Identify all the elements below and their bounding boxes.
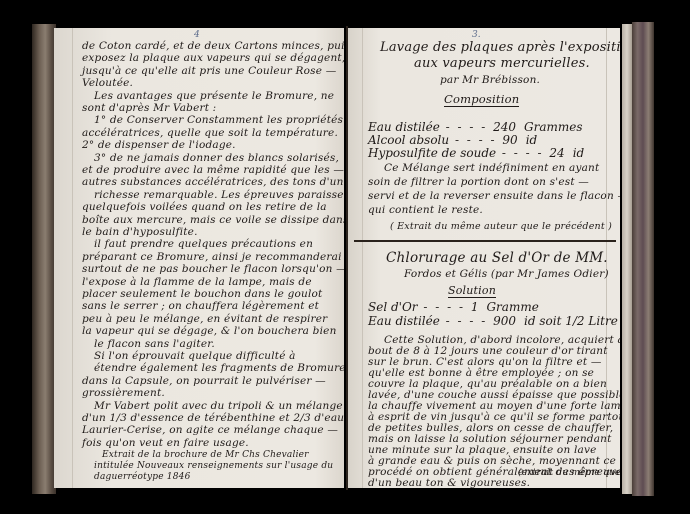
text-line: Si l'on éprouvait quelque difficulté à xyxy=(94,350,296,362)
ingredient-qty: 90 xyxy=(502,133,517,147)
text-line: préparant ce Bromure, ainsi je recommand… xyxy=(82,251,342,263)
right-cover-edge xyxy=(632,22,654,496)
leader-dots: - - - - xyxy=(418,300,471,314)
text-line: la vapeur qui se dégage, & l'on bouchera… xyxy=(82,325,337,337)
ingredient-row: Hyposulfite de soude - - - - 24id xyxy=(368,146,584,160)
text-line: Les avantages que présente le Bromure, n… xyxy=(94,90,334,102)
text-line: exposez la plaque aux vapeurs qui se dég… xyxy=(82,52,344,64)
open-notebook: 4 de Coton cardé, et de deux Cartons min… xyxy=(30,20,660,498)
text-line: soin de filtrer la portion dont on s'est… xyxy=(368,176,589,188)
ingredient-name: Eau distilée xyxy=(368,314,440,328)
text-line: de Coton cardé, et de deux Cartons mince… xyxy=(82,40,344,52)
text-line: fois qu'on veut en faire usage. xyxy=(82,437,249,449)
ingredient-unit: Gramme xyxy=(486,300,538,314)
citation-line: intitulée Nouveaux renseignements sur l'… xyxy=(94,461,333,471)
text-line: étendre également les fragments de Bromu… xyxy=(94,362,344,374)
ingredient-row: Alcool absolu - - - - 90id xyxy=(368,133,537,147)
text-line: grossièrement. xyxy=(82,387,165,399)
text-line: Mr Vabert polit avec du tripoli & un mél… xyxy=(94,400,343,412)
section1-subheading: Composition xyxy=(444,92,519,107)
ingredient-unit: id soit 1/2 Litre xyxy=(524,314,618,328)
leader-dots: - - - - xyxy=(440,314,493,328)
left-page: 4 de Coton cardé, et de deux Cartons min… xyxy=(54,28,344,488)
right-page: 3. Lavage des plaques après l'exposition… xyxy=(348,28,620,488)
text-line: Veloutée. xyxy=(82,77,133,89)
section-divider xyxy=(354,240,616,242)
text-line: servi et de la reverser ensuite dans le … xyxy=(368,190,620,202)
text-line: 2° de dispenser de l'iodage. xyxy=(82,139,236,151)
leader-dots: - - - - xyxy=(449,133,502,147)
section1-citation: ( Extrait du même auteur que le précéden… xyxy=(390,221,612,232)
citation-line: Extrait de la brochure de Mr Chs Chevali… xyxy=(102,450,309,460)
text-line: 3° de ne jamais donner des blancs solari… xyxy=(94,152,339,164)
ingredient-row: Eau distilée - - - - 240Grammes xyxy=(368,120,583,134)
citation-line: daguerréotype 1846 xyxy=(94,472,191,482)
section1-title-line2: aux vapeurs mercurielles. xyxy=(414,56,590,71)
section2-title-line2: Fordos et Gélis (par Mr James Odier) xyxy=(404,268,609,280)
text-line: sans le serrer ; on chauffera légèrement… xyxy=(82,300,319,312)
text-line: boîte aux mercure, mais ce voile se diss… xyxy=(82,214,344,226)
text-line: accélératrices, quelle que soit la tempé… xyxy=(82,127,338,139)
text-line: et de produire avec la même rapidité que… xyxy=(82,164,344,176)
ingredient-unit: id xyxy=(573,146,585,160)
text-line: autres substances accélératrices, des to… xyxy=(82,176,344,188)
text-line: d'un 1/3 d'essence de térébenthine et 2/… xyxy=(82,412,344,424)
leader-dots: - - - - xyxy=(496,146,549,160)
ingredient-qty: 900 xyxy=(493,314,516,328)
section2-subheading: Solution xyxy=(448,284,496,298)
section1-title: Lavage des plaques après l'exposition xyxy=(380,40,620,55)
ingredient-unit: id xyxy=(526,133,538,147)
text-line: il faut prendre quelques précautions en xyxy=(94,238,313,250)
section2-title: Chlorurage au Sel d'Or de MM. xyxy=(386,250,608,266)
text-line: d'un beau ton & vigoureuses. xyxy=(368,477,530,488)
ingredient-qty: 1 xyxy=(471,300,479,314)
text-line: Ce Mélange sert indéfiniment en ayant xyxy=(384,162,599,174)
page-number: 4 xyxy=(194,30,200,40)
page-number: 3. xyxy=(472,30,481,40)
text-line: quelquefois voilées quand on les retire … xyxy=(82,201,327,213)
ingredient-name: Eau distilée xyxy=(368,120,440,134)
ingredient-qty: 240 xyxy=(493,120,516,134)
section2-citation: (extrait du même que ci-dessus) xyxy=(518,468,620,478)
text-line: le bain d'hyposulfite. xyxy=(82,226,198,238)
margin-line xyxy=(362,28,363,488)
ingredient-name: Hyposulfite de soude xyxy=(368,146,496,160)
text-line: surtout de ne pas boucher le flacon lors… xyxy=(82,263,344,275)
text-line: sont d'après Mr Vabert : xyxy=(82,102,216,114)
ingredient-name: Sel d'Or xyxy=(368,300,418,314)
left-cover-edge xyxy=(32,24,56,494)
text-line: qui contient le reste. xyxy=(368,204,483,216)
section1-author: par Mr Brébisson. xyxy=(440,74,540,86)
text-line: l'expose à la flamme de la lampe, mais d… xyxy=(82,276,312,288)
margin-line xyxy=(72,28,73,488)
text-line: jusqu'à ce qu'elle ait pris une Couleur … xyxy=(82,65,336,77)
leader-dots: - - - - xyxy=(440,120,493,134)
text-line: dans la Capsule, on pourrait le pulvéris… xyxy=(82,375,326,387)
page-stack-edge xyxy=(622,24,632,494)
ingredient-qty: 24 xyxy=(549,146,564,160)
ingredient-row: Sel d'Or - - - - 1Gramme xyxy=(368,300,539,314)
text-line: placer seulement le bouchon dans le goul… xyxy=(82,288,322,300)
text-line: peu à peu le mélange, en évitant de resp… xyxy=(82,313,327,325)
ingredient-row: Eau distilée - - - - 900id soit 1/2 Litr… xyxy=(368,314,618,328)
ingredient-name: Alcool absolu xyxy=(368,133,449,147)
text-line: Laurier-Cerise, on agite ce mélange chaq… xyxy=(82,424,338,436)
text-line: 1° de Conserver Constamment les propriét… xyxy=(94,114,343,126)
text-line: richesse remarquable. Les épreuves parai… xyxy=(94,189,344,201)
ingredient-unit: Grammes xyxy=(524,120,583,134)
text-line: le flacon sans l'agiter. xyxy=(94,338,215,350)
